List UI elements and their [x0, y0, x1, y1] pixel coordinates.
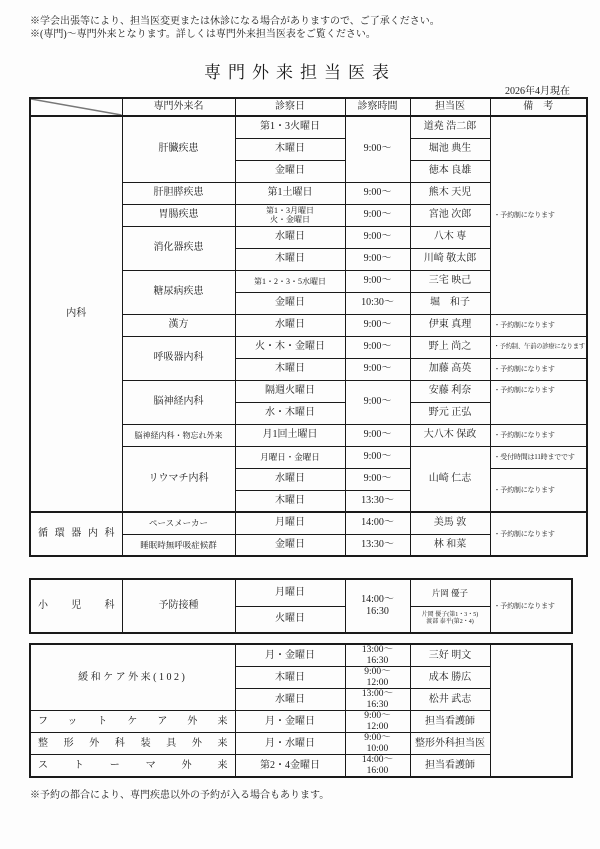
- specialty-cell: 漢方: [122, 314, 235, 336]
- doctor-cell: 川崎 敬太郎: [410, 248, 490, 270]
- doctor-cell: 伊東 真理: [410, 314, 490, 336]
- time-cell: 13:30～: [345, 490, 410, 512]
- clinic-name-cell: 緩和ケア外来(102): [30, 644, 235, 711]
- time-line1: 14:00～: [347, 594, 409, 606]
- specialty-cell: 脳神経内科・物忘れ外来: [122, 424, 235, 446]
- doctor-cell: 片岡 優子(第1・3・5) 渡部 泰平(第2・4): [410, 606, 490, 633]
- day-cell: 水・木曜日: [235, 402, 345, 424]
- other-clinics-table: 緩和ケア外来(102) 月・金曜日 13:00～ 16:30 三好 明文 木曜日…: [29, 643, 573, 778]
- day-cell: 水曜日: [235, 226, 345, 248]
- table-row: 小児科 予防接種 月曜日 14:00～ 16:30 片岡 優子 ・予約制になりま…: [30, 579, 572, 606]
- day-cell: 木曜日: [235, 138, 345, 160]
- doctor-cell: 大八木 保政: [410, 424, 490, 446]
- day-cell: 水曜日: [235, 468, 345, 490]
- note-cell: ・予約制になります: [490, 314, 587, 336]
- clinic-name-cell: ストーマ外来: [30, 755, 235, 778]
- day-cell: 火曜日: [235, 606, 345, 633]
- doctor-cell: 加藤 高英: [410, 358, 490, 380]
- time-cell: 9:00～: [345, 248, 410, 270]
- clinic-name-cell: フットケア外来: [30, 711, 235, 733]
- doctor-cell: 徳本 良雄: [410, 160, 490, 182]
- day-cell: 金曜日: [235, 534, 345, 556]
- time-line2: 10:00: [347, 744, 409, 755]
- doctor-line2: 渡部 泰平(第2・4): [412, 619, 489, 627]
- doctor-cell: 野元 正弘: [410, 402, 490, 424]
- doctor-cell: 担当看護師: [410, 755, 490, 778]
- as-of-date: 2026年4月現在: [505, 82, 570, 97]
- time-cell: 9:00～: [345, 424, 410, 446]
- day-cell: 第1・3月曜日 火・金曜日: [235, 204, 345, 226]
- time-line2: 16:00: [347, 766, 409, 777]
- note-cell: ・予約制になります: [490, 468, 587, 512]
- time-line1: 13:00～: [347, 689, 409, 700]
- doctor-cell: 林 和菜: [410, 534, 490, 556]
- top-note-line1: ※学会出張等により、担当医変更または休診になる場合がありますので、ご了承ください…: [30, 15, 440, 28]
- doctor-cell: 熊木 天児: [410, 182, 490, 204]
- doctor-cell: 山崎 仁志: [410, 446, 490, 512]
- note-cell: ・予約制になります: [490, 424, 587, 446]
- diagonal-line-icon: [31, 99, 122, 115]
- day-cell: 月・金曜日: [235, 711, 345, 733]
- corner-cell: [30, 98, 122, 116]
- day-cell: 火・木・金曜日: [235, 336, 345, 358]
- time-cell: 9:00～: [345, 380, 410, 424]
- day-cell: 月曜日・金曜日: [235, 446, 345, 468]
- doctor-cell: 堀池 典生: [410, 138, 490, 160]
- document-page: ※学会出張等により、担当医変更または休診になる場合がありますので、ご了承ください…: [0, 0, 600, 849]
- time-cell: 9:00～ 10:00: [345, 733, 410, 755]
- note-cell: ・予約制になります: [490, 358, 587, 380]
- day-cell: 水曜日: [235, 689, 345, 711]
- day-cell: 金曜日: [235, 160, 345, 182]
- specialty-cell: 呼吸器内科: [122, 336, 235, 380]
- note-cell: ・予約制、午前の診療になります: [490, 336, 587, 358]
- specialty-cell: 消化器疾患: [122, 226, 235, 270]
- day-cell: 木曜日: [235, 248, 345, 270]
- table-row: 循環器内科 ペースメーカー 月曜日 14:00～ 美馬 敦 ・予約制になります: [30, 512, 587, 534]
- doctor-cell: 野上 尚之: [410, 336, 490, 358]
- note-cell: [490, 644, 572, 777]
- day-cell: 月曜日: [235, 512, 345, 534]
- time-line2: 16:30: [347, 700, 409, 711]
- header-note: 備 考: [490, 98, 587, 116]
- day-cell: 金曜日: [235, 292, 345, 314]
- time-line1: 9:00～: [347, 733, 409, 744]
- time-cell: 13:00～ 16:30: [345, 689, 410, 711]
- header-specialty: 専門外来名: [122, 98, 235, 116]
- time-line2: 16:30: [347, 656, 409, 667]
- specialty-cell: リウマチ内科: [122, 446, 235, 512]
- top-note-line2: ※(専門)～専門外来となります。詳しくは専門外来担当医表をご覧ください。: [30, 28, 440, 41]
- specialty-cell: 予防接種: [122, 579, 235, 633]
- time-cell: 14:00～ 16:30: [345, 579, 410, 633]
- time-line2: 16:30: [347, 606, 409, 618]
- day-cell: 第1・3火曜日: [235, 116, 345, 138]
- day-cell: 隔週火曜日: [235, 380, 345, 402]
- pediatrics-table: 小児科 予防接種 月曜日 14:00～ 16:30 片岡 優子 ・予約制になりま…: [29, 578, 573, 634]
- note-cell: ・予約制になります: [490, 579, 572, 633]
- doctor-cell: 整形外科担当医: [410, 733, 490, 755]
- day-cell: 水曜日: [235, 314, 345, 336]
- doctor-cell: 美馬 敦: [410, 512, 490, 534]
- specialty-cell: 肝胆膵疾患: [122, 182, 235, 204]
- day-cell: 第2・4金曜日: [235, 755, 345, 778]
- time-line1: 14:00～: [347, 755, 409, 766]
- header-time: 診察時間: [345, 98, 410, 116]
- day-cell: 月・金曜日: [235, 644, 345, 667]
- table-row: 緩和ケア外来(102) 月・金曜日 13:00～ 16:30 三好 明文: [30, 644, 572, 667]
- clinic-name-cell: 整形外科装具外来: [30, 733, 235, 755]
- header-doctor: 担当医: [410, 98, 490, 116]
- day-cell: 月1回土曜日: [235, 424, 345, 446]
- day-cell: 木曜日: [235, 667, 345, 689]
- doctor-cell: 道堯 浩二郎: [410, 116, 490, 138]
- category-cell: 小児科: [30, 579, 122, 633]
- doctor-cell: 松井 武志: [410, 689, 490, 711]
- header-day: 診察日: [235, 98, 345, 116]
- time-cell: 13:00～ 16:30: [345, 644, 410, 667]
- time-cell: 14:00～ 16:00: [345, 755, 410, 778]
- day-cell: 月曜日: [235, 579, 345, 606]
- time-cell: 14:00～: [345, 512, 410, 534]
- doctor-cell: 八木 専: [410, 226, 490, 248]
- note-cell: ・予約制になります: [490, 512, 587, 556]
- day-cell: 第1・2・3・5水曜日: [235, 270, 345, 292]
- specialty-cell: ペースメーカー: [122, 512, 235, 534]
- specialty-cell: 胃腸疾患: [122, 204, 235, 226]
- specialty-cell: 脳神経内科: [122, 380, 235, 424]
- doctor-cell: 三好 明文: [410, 644, 490, 667]
- time-line1: 9:00～: [347, 711, 409, 722]
- day-line1: 第1・3月曜日: [237, 206, 344, 215]
- doctor-cell: 成本 勝広: [410, 667, 490, 689]
- table-header-row: 専門外来名 診察日 診察時間 担当医 備 考: [30, 98, 587, 116]
- time-cell: 9:00～: [345, 314, 410, 336]
- doctor-cell: 安藤 利奈: [410, 380, 490, 402]
- time-cell: 10:30～: [345, 292, 410, 314]
- footer-note: ※予約の都合により、専門疾患以外の予約が入る場合もあります。: [30, 786, 329, 801]
- time-cell: 9:00～: [345, 358, 410, 380]
- time-cell: 9:00～ 12:00: [345, 667, 410, 689]
- time-cell: 9:00～: [345, 182, 410, 204]
- time-cell: 13:30～: [345, 534, 410, 556]
- day-cell: 木曜日: [235, 490, 345, 512]
- time-cell: 9:00～: [345, 270, 410, 292]
- specialty-cell: 肝臓疾患: [122, 116, 235, 182]
- doctor-cell: 担当看護師: [410, 711, 490, 733]
- day-cell: 月・水曜日: [235, 733, 345, 755]
- note-cell: ・予約制になります: [490, 380, 587, 424]
- time-cell: 9:00～: [345, 468, 410, 490]
- doctor-cell: 堀 和子: [410, 292, 490, 314]
- note-cell: ・受付時間は11時までです: [490, 446, 587, 468]
- time-cell: 9:00～: [345, 204, 410, 226]
- time-cell: 9:00～: [345, 116, 410, 182]
- category-cell: 循環器内科: [30, 512, 122, 556]
- page-title: 専門外来担当医表: [0, 58, 600, 83]
- time-line1: 9:00～: [347, 667, 409, 678]
- doctor-cell: 片岡 優子: [410, 579, 490, 606]
- doctor-cell: 宮池 次郎: [410, 204, 490, 226]
- day-cell: 木曜日: [235, 358, 345, 380]
- time-line2: 12:00: [347, 678, 409, 689]
- day-cell: 第1土曜日: [235, 182, 345, 204]
- doctor-cell: 三宅 映己: [410, 270, 490, 292]
- category-cell: 内科: [30, 116, 122, 512]
- main-schedule-table: 専門外来名 診察日 診察時間 担当医 備 考 内科 肝臓疾患 第1・3火曜日 9…: [29, 97, 588, 557]
- top-notes: ※学会出張等により、担当医変更または休診になる場合がありますので、ご了承ください…: [30, 15, 440, 41]
- time-line1: 13:00～: [347, 645, 409, 656]
- time-cell: 9:00～: [345, 226, 410, 248]
- specialty-cell: 睡眠時無呼吸症候群: [122, 534, 235, 556]
- day-line2: 火・金曜日: [237, 215, 344, 224]
- time-cell: 9:00～ 12:00: [345, 711, 410, 733]
- time-cell: 9:00～: [345, 336, 410, 358]
- table-row: 内科 肝臓疾患 第1・3火曜日 9:00～ 道堯 浩二郎 ・予約制になります: [30, 116, 587, 138]
- time-line2: 12:00: [347, 722, 409, 733]
- note-cell: ・予約制になります: [490, 116, 587, 314]
- time-cell: 9:00～: [345, 446, 410, 468]
- specialty-cell: 糖尿病疾患: [122, 270, 235, 314]
